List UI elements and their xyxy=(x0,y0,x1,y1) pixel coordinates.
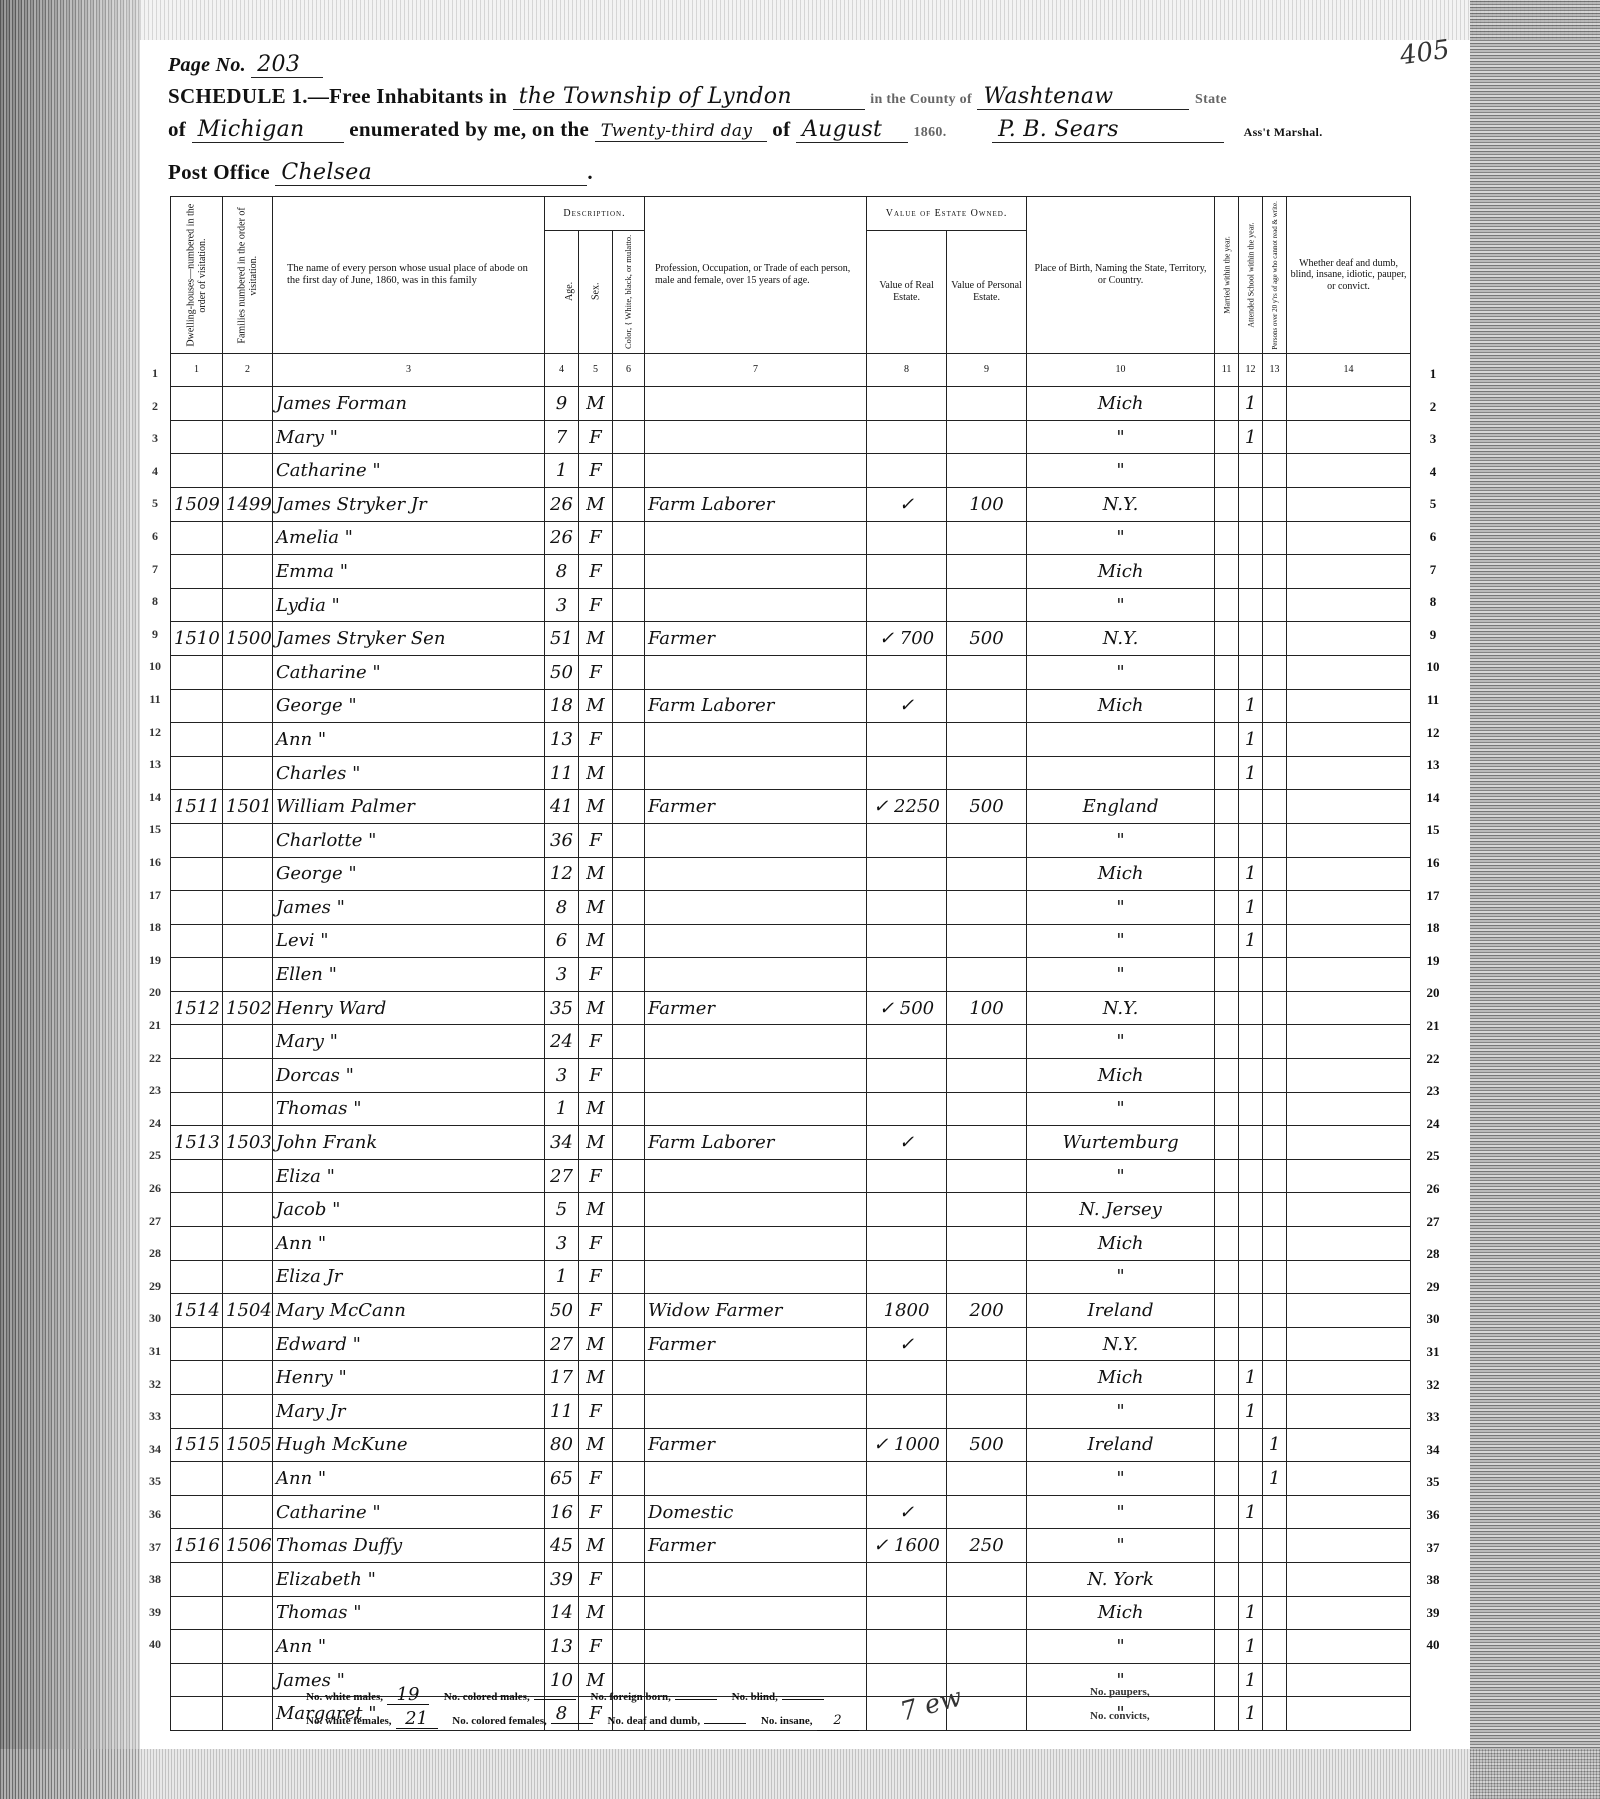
line-number-right: 6 xyxy=(1420,529,1446,545)
table-row: Charles "11M1 xyxy=(171,756,1411,790)
personal-estate-value xyxy=(947,756,1027,790)
table-row: Ann "65F"1 xyxy=(171,1462,1411,1496)
color xyxy=(613,1260,645,1294)
family-number xyxy=(223,555,273,589)
birthplace: " xyxy=(1027,924,1215,958)
attended-school: 1 xyxy=(1239,1361,1263,1395)
line-number-left: 31 xyxy=(144,1344,166,1359)
attended-school: 1 xyxy=(1239,1495,1263,1529)
line-number-right: 10 xyxy=(1420,659,1446,675)
family-number xyxy=(223,756,273,790)
married-within-year xyxy=(1215,1361,1239,1395)
family-number xyxy=(223,823,273,857)
age: 9 xyxy=(545,387,579,421)
occupation xyxy=(645,521,867,555)
deaf-dumb-label: No. deaf and dumb, xyxy=(608,1715,701,1727)
age: 17 xyxy=(545,1361,579,1395)
dwelling-number xyxy=(171,857,223,891)
family-number xyxy=(223,1630,273,1664)
person-name: Thomas " xyxy=(273,1596,545,1630)
page-number-value: 203 xyxy=(251,52,323,78)
sex: M xyxy=(579,1193,613,1227)
dwelling-number: 1512 xyxy=(171,991,223,1025)
age: 12 xyxy=(545,857,579,891)
person-name: George " xyxy=(273,857,545,891)
personal-estate-value xyxy=(947,655,1027,689)
married-within-year xyxy=(1215,891,1239,925)
cannot-read-write xyxy=(1263,1697,1287,1731)
personal-estate-value xyxy=(947,1193,1027,1227)
col-header-real-estate: Value of Real Estate. xyxy=(867,230,947,353)
personal-estate-value xyxy=(947,1395,1027,1429)
condition xyxy=(1287,823,1411,857)
real-estate-value xyxy=(867,521,947,555)
line-number-right: 3 xyxy=(1420,431,1446,447)
age: 8 xyxy=(545,555,579,589)
sex: F xyxy=(579,1227,613,1261)
dwelling-number xyxy=(171,1596,223,1630)
table-row: Mary Jr11F"1 xyxy=(171,1395,1411,1429)
sex: F xyxy=(579,655,613,689)
real-estate-value xyxy=(867,823,947,857)
birthplace: Wurtemburg xyxy=(1027,1126,1215,1160)
family-number xyxy=(223,1092,273,1126)
attended-school: 1 xyxy=(1239,387,1263,421)
condition xyxy=(1287,420,1411,454)
table-row: Eliza Jr1F" xyxy=(171,1260,1411,1294)
color xyxy=(613,689,645,723)
color xyxy=(613,1562,645,1596)
line-number-right: 30 xyxy=(1420,1311,1446,1327)
birthplace: " xyxy=(1027,420,1215,454)
condition xyxy=(1287,1126,1411,1160)
line-number-left: 34 xyxy=(144,1442,166,1457)
person-name: Dorcas " xyxy=(273,1059,545,1093)
birthplace xyxy=(1027,723,1215,757)
real-estate-value xyxy=(867,1395,947,1429)
col-header-occupation: Profession, Occupation, or Trade of each… xyxy=(645,197,867,354)
married-within-year xyxy=(1215,1025,1239,1059)
dwelling-number xyxy=(171,1361,223,1395)
color xyxy=(613,1596,645,1630)
family-number xyxy=(223,387,273,421)
table-row: Mary "7F"1 xyxy=(171,420,1411,454)
sex: M xyxy=(579,991,613,1025)
person-name: Catharine " xyxy=(273,454,545,488)
color xyxy=(613,1193,645,1227)
condition xyxy=(1287,655,1411,689)
color xyxy=(613,1529,645,1563)
color xyxy=(613,790,645,824)
personal-estate-value xyxy=(947,1159,1027,1193)
table-row: 15111501William Palmer41MFarmer✓ 2250500… xyxy=(171,790,1411,824)
line-number-left: 35 xyxy=(144,1474,166,1489)
married-within-year xyxy=(1215,1260,1239,1294)
line-number-left: 12 xyxy=(144,725,166,740)
age: 27 xyxy=(545,1159,579,1193)
birthplace: Mich xyxy=(1027,1361,1215,1395)
line-number-left: 22 xyxy=(144,1051,166,1066)
age: 51 xyxy=(545,622,579,656)
person-name: James Stryker Jr xyxy=(273,487,545,521)
age: 34 xyxy=(545,1126,579,1160)
age: 8 xyxy=(545,891,579,925)
attended-school: 1 xyxy=(1239,756,1263,790)
age: 45 xyxy=(545,1529,579,1563)
occupation xyxy=(645,1260,867,1294)
sex: M xyxy=(579,857,613,891)
person-name: James Stryker Sen xyxy=(273,622,545,656)
occupation xyxy=(645,387,867,421)
family-number xyxy=(223,1193,273,1227)
real-estate-value xyxy=(867,857,947,891)
person-name: Catharine " xyxy=(273,1495,545,1529)
post-office-value: Chelsea xyxy=(275,160,587,186)
cannot-read-write xyxy=(1263,1562,1287,1596)
line-number-left: 37 xyxy=(144,1540,166,1555)
attended-school xyxy=(1239,1294,1263,1328)
person-name: James " xyxy=(273,891,545,925)
condition xyxy=(1287,1495,1411,1529)
sex: F xyxy=(579,1159,613,1193)
attended-school xyxy=(1239,588,1263,622)
attended-school xyxy=(1239,1025,1263,1059)
person-name: Charles " xyxy=(273,756,545,790)
real-estate-value xyxy=(867,756,947,790)
occupation: Farmer xyxy=(645,991,867,1025)
family-number xyxy=(223,958,273,992)
occupation xyxy=(645,756,867,790)
person-name: Ann " xyxy=(273,1462,545,1496)
cannot-read-write xyxy=(1263,1495,1287,1529)
attended-school xyxy=(1239,1562,1263,1596)
line-number-left: 29 xyxy=(144,1279,166,1294)
age: 65 xyxy=(545,1462,579,1496)
personal-estate-value: 100 xyxy=(947,991,1027,1025)
married-within-year xyxy=(1215,1495,1239,1529)
birthplace: " xyxy=(1027,1092,1215,1126)
condition xyxy=(1287,723,1411,757)
occupation xyxy=(645,420,867,454)
birthplace: " xyxy=(1027,1260,1215,1294)
person-name: Eliza Jr xyxy=(273,1260,545,1294)
col-number-4: 4 xyxy=(545,353,579,387)
dwelling-number xyxy=(171,1193,223,1227)
dwelling-number xyxy=(171,723,223,757)
attended-school: 1 xyxy=(1239,689,1263,723)
dwelling-number xyxy=(171,1260,223,1294)
color xyxy=(613,1025,645,1059)
birthplace: " xyxy=(1027,891,1215,925)
cannot-read-write xyxy=(1263,891,1287,925)
dwelling-number xyxy=(171,1092,223,1126)
real-estate-value xyxy=(867,387,947,421)
color xyxy=(613,420,645,454)
dwelling-number xyxy=(171,1697,223,1731)
year-value: 1860. xyxy=(914,125,947,140)
cannot-read-write xyxy=(1263,1663,1287,1697)
family-number: 1501 xyxy=(223,790,273,824)
occupation xyxy=(645,1462,867,1496)
age: 3 xyxy=(545,958,579,992)
condition xyxy=(1287,756,1411,790)
condition xyxy=(1287,924,1411,958)
real-estate-value: ✓ xyxy=(867,1495,947,1529)
page-number-label: Page No. xyxy=(168,54,246,76)
birthplace: N.Y. xyxy=(1027,487,1215,521)
occupation xyxy=(645,1395,867,1429)
married-within-year xyxy=(1215,958,1239,992)
attended-school xyxy=(1239,790,1263,824)
condition xyxy=(1287,1462,1411,1496)
cannot-read-write xyxy=(1263,521,1287,555)
married-within-year xyxy=(1215,1697,1239,1731)
real-estate-value: ✓ 1600 xyxy=(867,1529,947,1563)
family-number xyxy=(223,1495,273,1529)
cannot-read-write xyxy=(1263,420,1287,454)
real-estate-value: ✓ 2250 xyxy=(867,790,947,824)
personal-estate-value: 250 xyxy=(947,1529,1027,1563)
occupation: Farmer xyxy=(645,1529,867,1563)
marshal-label: Ass't Marshal. xyxy=(1244,125,1323,139)
table-row: 15121502Henry Ward35MFarmer✓ 500100N.Y. xyxy=(171,991,1411,1025)
attended-school: 1 xyxy=(1239,1663,1263,1697)
cannot-read-write xyxy=(1263,1529,1287,1563)
personal-estate-value xyxy=(947,891,1027,925)
birthplace: Mich xyxy=(1027,689,1215,723)
real-estate-value: ✓ xyxy=(867,487,947,521)
line-number-left: 33 xyxy=(144,1409,166,1424)
condition xyxy=(1287,857,1411,891)
line-number-right: 23 xyxy=(1420,1083,1446,1099)
line-number-right: 34 xyxy=(1420,1442,1446,1458)
person-name: James Forman xyxy=(273,387,545,421)
sex: M xyxy=(579,387,613,421)
birthplace: Mich xyxy=(1027,1227,1215,1261)
person-name: Mary " xyxy=(273,420,545,454)
dwelling-number xyxy=(171,1227,223,1261)
color xyxy=(613,756,645,790)
sex: M xyxy=(579,487,613,521)
age: 3 xyxy=(545,1059,579,1093)
married-within-year xyxy=(1215,622,1239,656)
col-number-3: 3 xyxy=(273,353,545,387)
line-number-left: 20 xyxy=(144,985,166,1000)
condition xyxy=(1287,1596,1411,1630)
cannot-read-write xyxy=(1263,1126,1287,1160)
col-number-10: 10 xyxy=(1027,353,1215,387)
schedule-label: SCHEDULE 1.—Free Inhabitants in xyxy=(168,84,507,108)
col-header-condition: Whether deaf and dumb, blind, insane, id… xyxy=(1287,197,1411,354)
cannot-read-write xyxy=(1263,689,1287,723)
occupation xyxy=(645,1059,867,1093)
line-number-right: 21 xyxy=(1420,1018,1446,1034)
cannot-read-write xyxy=(1263,1025,1287,1059)
family-number: 1505 xyxy=(223,1428,273,1462)
birthplace: " xyxy=(1027,823,1215,857)
dwelling-number: 1509 xyxy=(171,487,223,521)
birthplace: " xyxy=(1027,588,1215,622)
line-number-left: 1 xyxy=(144,366,166,381)
color xyxy=(613,991,645,1025)
attended-school xyxy=(1239,1159,1263,1193)
table-row: 15131503John Frank34MFarm Laborer✓Wurtem… xyxy=(171,1126,1411,1160)
cannot-read-write xyxy=(1263,1361,1287,1395)
dwelling-number xyxy=(171,655,223,689)
col-number-6: 6 xyxy=(613,353,645,387)
sex: M xyxy=(579,1428,613,1462)
dwelling-number xyxy=(171,1562,223,1596)
occupation xyxy=(645,823,867,857)
line-number-left: 32 xyxy=(144,1377,166,1392)
occupation: Widow Farmer xyxy=(645,1294,867,1328)
age: 41 xyxy=(545,790,579,824)
dwelling-number xyxy=(171,1059,223,1093)
table-row: Elizabeth "39FN. York xyxy=(171,1562,1411,1596)
line-number-left: 24 xyxy=(144,1116,166,1131)
line-number-right: 8 xyxy=(1420,594,1446,610)
married-within-year xyxy=(1215,387,1239,421)
real-estate-value: ✓ 700 xyxy=(867,622,947,656)
occupation xyxy=(645,1630,867,1664)
color xyxy=(613,655,645,689)
color xyxy=(613,555,645,589)
sex: F xyxy=(579,958,613,992)
color xyxy=(613,1126,645,1160)
table-row: Thomas "14MMich1 xyxy=(171,1596,1411,1630)
birthplace: Ireland xyxy=(1027,1294,1215,1328)
table-row: Ann "3FMich xyxy=(171,1227,1411,1261)
line-number-right: 12 xyxy=(1420,725,1446,741)
birthplace: Mich xyxy=(1027,1059,1215,1093)
married-within-year xyxy=(1215,1092,1239,1126)
of-label-2: of xyxy=(772,117,790,141)
cannot-read-write xyxy=(1263,756,1287,790)
of-label: of xyxy=(168,117,186,141)
table-row: Dorcas "3FMich xyxy=(171,1059,1411,1093)
dwelling-number: 1516 xyxy=(171,1529,223,1563)
col-number-8: 8 xyxy=(867,353,947,387)
color xyxy=(613,1495,645,1529)
line-number-left: 25 xyxy=(144,1148,166,1163)
scan-edge-bottom xyxy=(0,1749,1600,1799)
married-within-year xyxy=(1215,1462,1239,1496)
col-number-11: 11 xyxy=(1215,353,1239,387)
birthplace: N. Jersey xyxy=(1027,1193,1215,1227)
personal-estate-value xyxy=(947,1596,1027,1630)
real-estate-value xyxy=(867,1159,947,1193)
color xyxy=(613,1630,645,1664)
age: 1 xyxy=(545,1260,579,1294)
married-within-year xyxy=(1215,1562,1239,1596)
line-number-right: 2 xyxy=(1420,399,1446,415)
census-rows: James Forman9MMich1Mary "7F"1Catharine "… xyxy=(171,387,1411,1731)
family-number xyxy=(223,857,273,891)
birthplace: " xyxy=(1027,454,1215,488)
color xyxy=(613,857,645,891)
condition xyxy=(1287,1630,1411,1664)
line-number-right: 29 xyxy=(1420,1279,1446,1295)
sex: F xyxy=(579,1495,613,1529)
color xyxy=(613,454,645,488)
age: 18 xyxy=(545,689,579,723)
age: 16 xyxy=(545,1495,579,1529)
married-within-year xyxy=(1215,1663,1239,1697)
family-number xyxy=(223,891,273,925)
condition xyxy=(1287,1562,1411,1596)
person-name: Levi " xyxy=(273,924,545,958)
occupation xyxy=(645,857,867,891)
family-number xyxy=(223,1025,273,1059)
family-number: 1502 xyxy=(223,991,273,1025)
attended-school: 1 xyxy=(1239,1630,1263,1664)
sex: F xyxy=(579,555,613,589)
birthplace: England xyxy=(1027,790,1215,824)
age: 3 xyxy=(545,1227,579,1261)
real-estate-value xyxy=(867,1025,947,1059)
sex: F xyxy=(579,521,613,555)
condition xyxy=(1287,1663,1411,1697)
age: 6 xyxy=(545,924,579,958)
enumeration-line: of Michigan enumerated by me, on the Twe… xyxy=(168,117,1323,143)
family-number xyxy=(223,521,273,555)
line-number-left: 5 xyxy=(144,496,166,511)
sex: F xyxy=(579,1395,613,1429)
attended-school xyxy=(1239,1260,1263,1294)
married-within-year xyxy=(1215,1428,1239,1462)
dwelling-number xyxy=(171,387,223,421)
col-header-school: Attended School within the year. xyxy=(1239,197,1263,354)
sex: M xyxy=(579,1327,613,1361)
sex: M xyxy=(579,1092,613,1126)
occupation xyxy=(645,655,867,689)
sex: F xyxy=(579,823,613,857)
occupation xyxy=(645,723,867,757)
condition xyxy=(1287,689,1411,723)
married-within-year xyxy=(1215,924,1239,958)
dwelling-number xyxy=(171,588,223,622)
personal-estate-value xyxy=(947,924,1027,958)
married-within-year xyxy=(1215,756,1239,790)
condition xyxy=(1287,454,1411,488)
cannot-read-write xyxy=(1263,387,1287,421)
cannot-read-write xyxy=(1263,1227,1287,1261)
age: 3 xyxy=(545,588,579,622)
condition xyxy=(1287,555,1411,589)
sex: F xyxy=(579,1059,613,1093)
cannot-read-write xyxy=(1263,857,1287,891)
real-estate-value xyxy=(867,1361,947,1395)
col-header-married: Married within the year. xyxy=(1215,197,1239,354)
occupation xyxy=(645,555,867,589)
condition xyxy=(1287,1294,1411,1328)
person-name: Lydia " xyxy=(273,588,545,622)
personal-estate-value xyxy=(947,689,1027,723)
occupation: Farmer xyxy=(645,790,867,824)
attended-school xyxy=(1239,1227,1263,1261)
page-totals: No. white males,19 No. colored males, No… xyxy=(306,1685,871,1733)
person-name: Mary McCann xyxy=(273,1294,545,1328)
line-number-right: 15 xyxy=(1420,822,1446,838)
person-name: Catharine " xyxy=(273,655,545,689)
line-number-right: 18 xyxy=(1420,920,1446,936)
table-row: George "18MFarm Laborer✓Mich1 xyxy=(171,689,1411,723)
family-number xyxy=(223,420,273,454)
cannot-read-write xyxy=(1263,924,1287,958)
line-number-left: 9 xyxy=(144,627,166,642)
cannot-read-write xyxy=(1263,1159,1287,1193)
birthplace: " xyxy=(1027,1462,1215,1496)
